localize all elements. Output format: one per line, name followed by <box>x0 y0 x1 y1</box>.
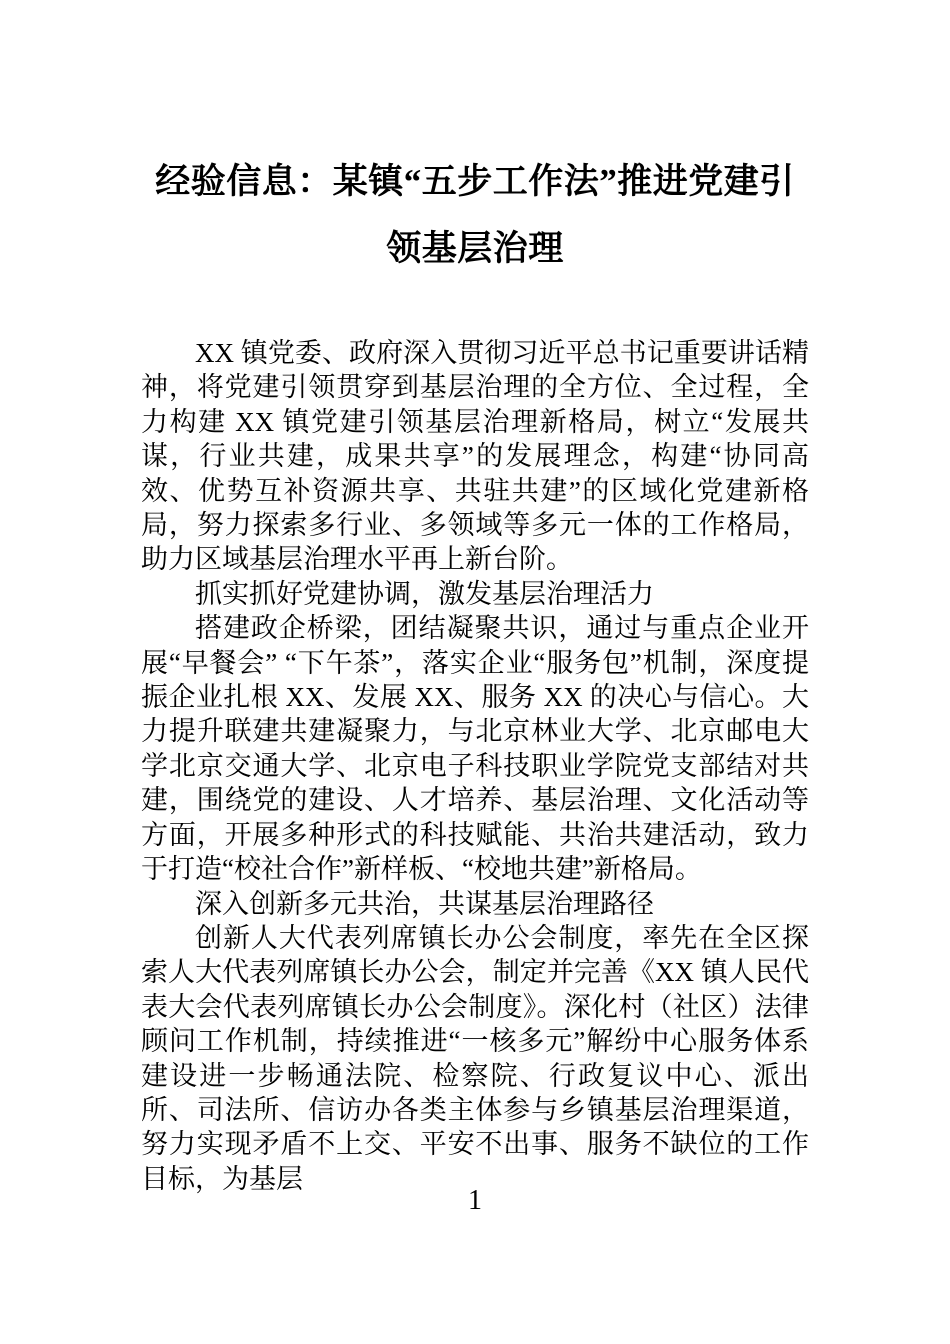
page-title: 经验信息：某镇“五步工作法”推进党建引领基层治理 <box>144 148 806 282</box>
section-heading: 抓实抓好党建协调，激发基层治理活力 <box>141 577 809 611</box>
document-page: 经验信息：某镇“五步工作法”推进党建引领基层治理 XX 镇党委、政府深入贯彻习近… <box>0 0 950 1344</box>
paragraph: 搭建政企桥梁，团结凝聚共识，通过与重点企业开展“早餐会” “下午茶”，落实企业“… <box>141 611 809 886</box>
document-body: XX 镇党委、政府深入贯彻习近平总书记重要讲话精神，将党建引领贯穿到基层治理的全… <box>141 336 809 1196</box>
section-heading: 深入创新多元共治，共谋基层治理路径 <box>141 887 809 921</box>
paragraph: 创新人大代表列席镇长办公会制度，率先在全区探索人大代表列席镇长办公会，制定并完善… <box>141 921 809 1196</box>
page-number: 1 <box>0 1186 950 1216</box>
paragraph: XX 镇党委、政府深入贯彻习近平总书记重要讲话精神，将党建引领贯穿到基层治理的全… <box>141 336 809 577</box>
